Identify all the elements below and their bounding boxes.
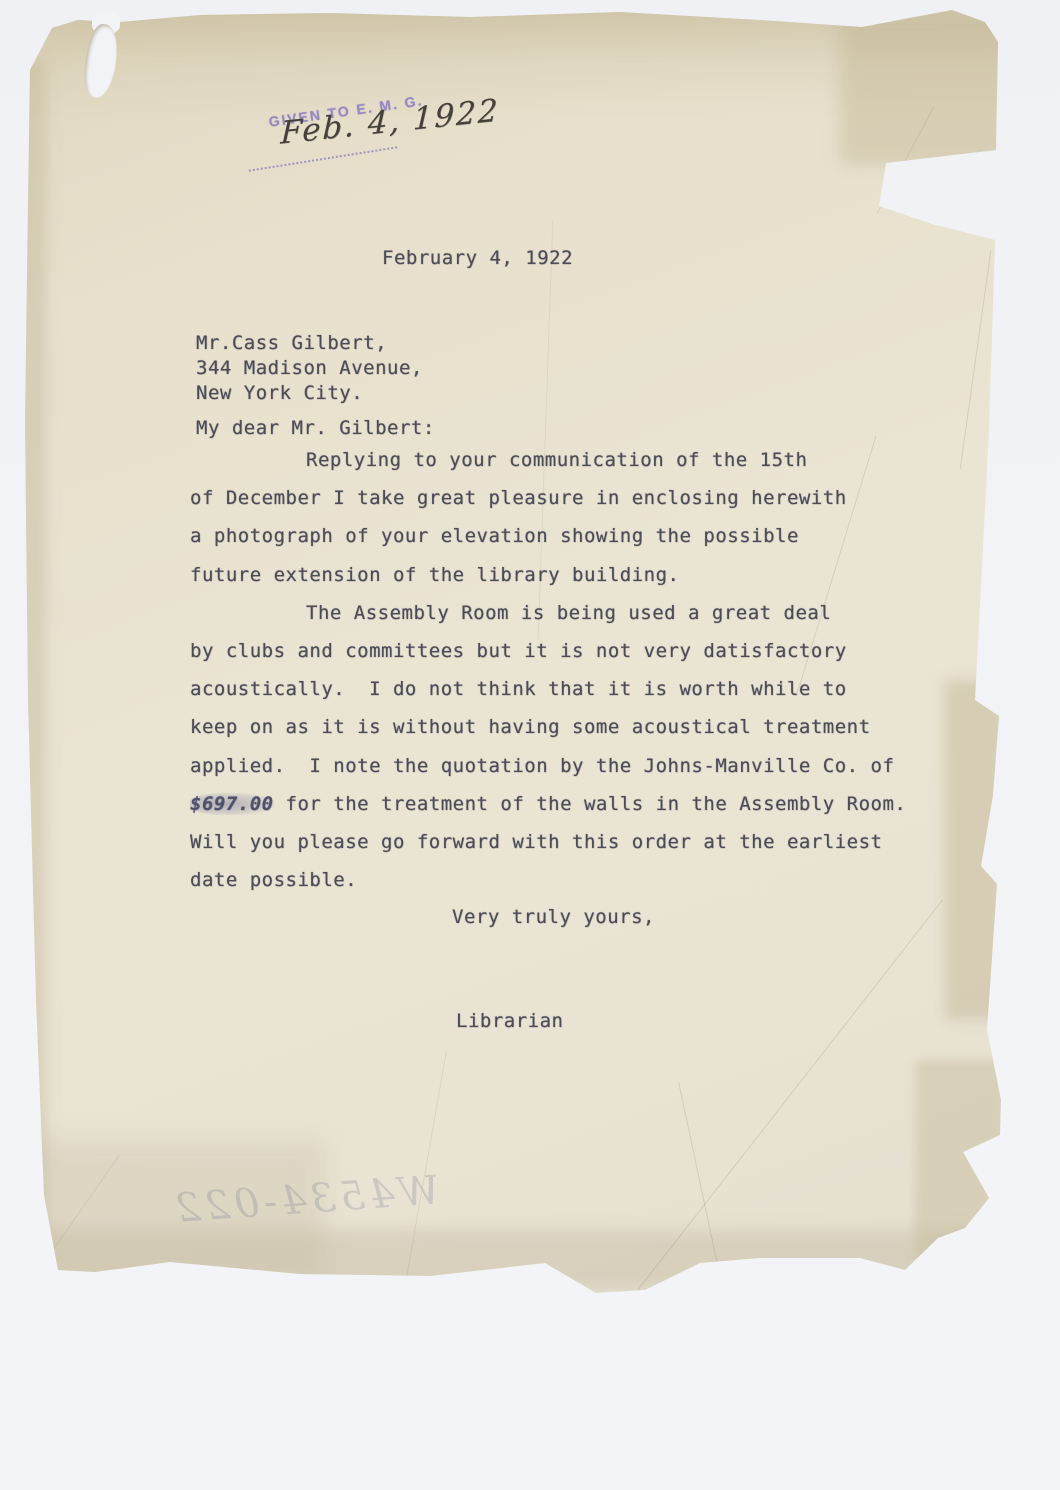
- letter-body-line: Will you please go forward with this ord…: [190, 831, 910, 869]
- crease-line: [960, 251, 992, 469]
- paper-shading-top-right: [840, 15, 1010, 165]
- recipient-address: Mr.Cass Gilbert,344 Madison Avenue,New Y…: [196, 331, 423, 406]
- letter-body-line: keep on as it is without having some aco…: [190, 716, 910, 754]
- signature-title: Librarian: [456, 1010, 563, 1032]
- archive-stamp-dotted-line: [249, 146, 397, 171]
- letter-body-line: The Assembly Room is being used a great …: [190, 602, 910, 640]
- paper-fold-bottom-right: [915, 1060, 1005, 1260]
- crease-line: [678, 1082, 723, 1288]
- salutation: My dear Mr. Gilbert:: [196, 417, 435, 439]
- letter-body-line: acoustically. I do not think that it is …: [190, 678, 910, 716]
- paper-shading-left-edge: [20, 60, 46, 1260]
- letter-paper-sheet: GIVEN TO E. M. G. Feb. 4, 1922 February …: [0, 0, 1060, 1490]
- letter-body-line: future extension of the library building…: [190, 564, 910, 602]
- smudged-amount: $697.00: [190, 793, 274, 815]
- letter-body-line: date possible.: [190, 869, 910, 907]
- letter-body-line: Replying to your communication of the 15…: [190, 449, 910, 487]
- letter-body-line: $697.00 for the treatment of the walls i…: [190, 793, 910, 831]
- recipient-address-line: Mr.Cass Gilbert,: [196, 331, 423, 356]
- closing-line: Very truly yours,: [452, 906, 655, 928]
- letter-body-line: applied. I note the quotation by the Joh…: [190, 755, 910, 793]
- bleed-through-mark: W4534-022: [79, 1167, 441, 1238]
- crease-line: [610, 900, 943, 1326]
- letter-body-line: of December I take great pleasure in enc…: [190, 487, 910, 525]
- recipient-address-line: 344 Madison Avenue,: [196, 356, 423, 381]
- paper-shading-right-edge: [945, 680, 1005, 1020]
- letter-body-line: a photograph of your elevation showing t…: [190, 525, 910, 563]
- letter-body-line: by clubs and committees but it is not ve…: [190, 640, 910, 678]
- crease-line: [877, 107, 934, 213]
- recipient-address-line: New York City.: [196, 381, 423, 406]
- letter-body: Replying to your communication of the 15…: [190, 449, 910, 907]
- scan-background: GIVEN TO E. M. G. Feb. 4, 1922 February …: [0, 0, 1060, 1490]
- letter-date: February 4, 1922: [382, 247, 573, 269]
- paper-shading-top: [0, 0, 1060, 120]
- paper-shading-bottom-edge: [40, 1230, 980, 1290]
